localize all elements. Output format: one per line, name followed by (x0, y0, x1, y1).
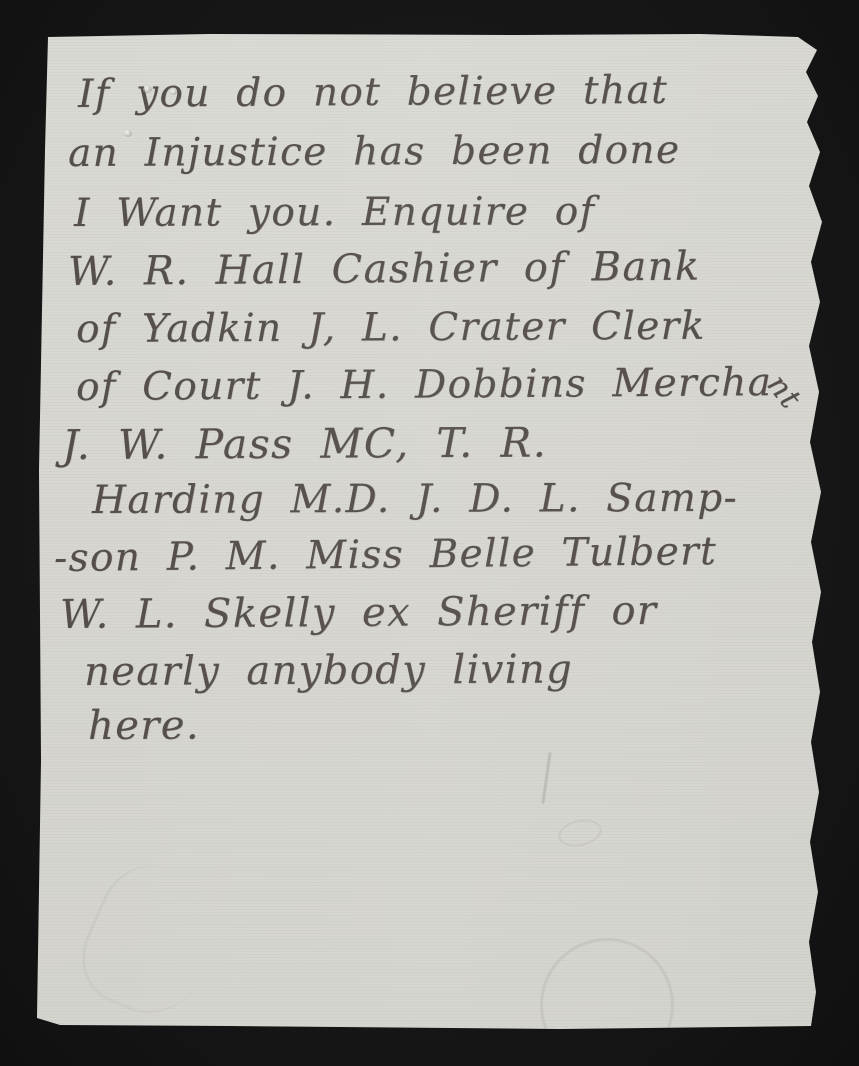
paper-dent-mark (124, 130, 132, 137)
handwritten-line: If you do not believe that (78, 68, 668, 117)
paper-dent-mark (143, 86, 152, 93)
handwritten-line: here. (88, 703, 200, 749)
handwritten-line: nearly anybody living (84, 646, 573, 695)
handwritten-line: I Want you. Enquire of (74, 189, 596, 236)
handwritten-line: an Injustice has been done (68, 128, 681, 176)
paper-dent-mark (170, 89, 177, 95)
ink-bleed-ghost-mark (541, 752, 551, 804)
handwritten-line: of Court J. H. Dobbins Merchant (76, 360, 807, 410)
letter-page: If you do not believe that an Injustice … (0, 0, 859, 1066)
ink-bleed-ghost-mark (556, 816, 604, 851)
handwritten-line: W. R. Hall Cashier of Bank (68, 243, 701, 295)
ink-bleed-ghost-mark (66, 851, 237, 1032)
embossed-circle-ghost-mark (540, 938, 674, 1066)
handwritten-line: Harding M.D. J. D. L. Samp- (92, 476, 738, 523)
handwritten-line: -son P. M. Miss Belle Tulbert (54, 529, 718, 581)
handwritten-line: J. W. Pass MC, T. R. (62, 418, 547, 469)
handwritten-line-text: of Court J. H. Dobbins Mercha (76, 360, 773, 410)
scanner-background: If you do not believe that an Injustice … (0, 0, 859, 1066)
handwritten-line: of Yadkin J, L. Crater Clerk (76, 304, 706, 352)
handwritten-line: W. L. Skelly ex Sheriff or (60, 588, 658, 638)
